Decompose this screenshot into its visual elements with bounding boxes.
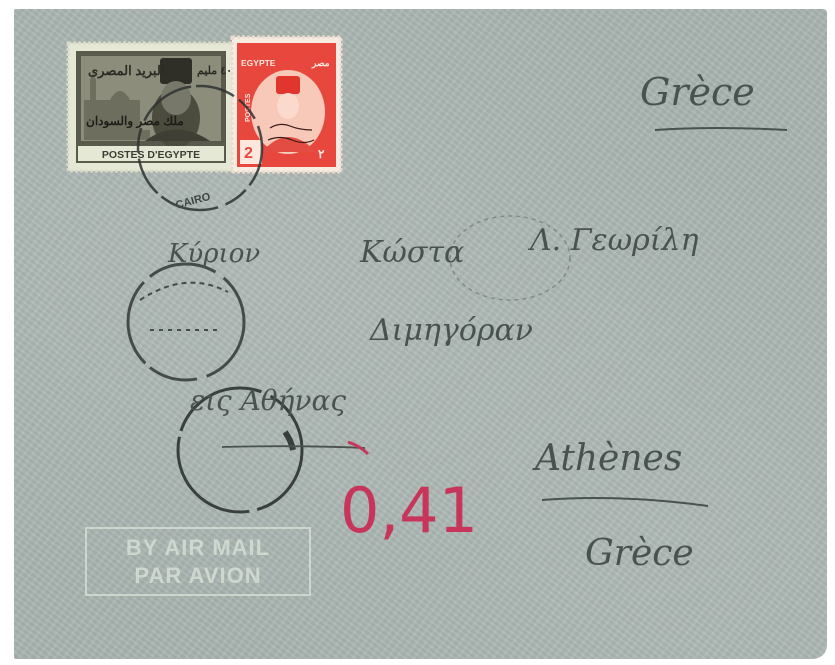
address-surname: Λ. Γεωρίλη [527, 223, 699, 258]
address-first-name: Κώστα [359, 235, 464, 270]
postage-due-value: 0,41 [340, 474, 478, 547]
red-stamp-value: 2 [244, 145, 253, 162]
address-line3: εις Αθήνας [190, 384, 346, 417]
olive-stamp-arabic: البريد المصرى [88, 63, 164, 79]
country-top-right: Grèce [640, 70, 755, 114]
address-city: Athènes [532, 438, 682, 479]
red-stamp-arabic: مصر [311, 58, 330, 69]
airmail-line1: BY AIR MAIL [126, 534, 270, 562]
red-stamp-country: EGYPTE [241, 58, 276, 68]
address-country: Grèce [585, 533, 694, 574]
red-stamp: EGYPTE مصر POSTES 2 ٢ [232, 37, 341, 172]
olive-stamp-overprint: ملك مصر والسودان [86, 114, 184, 129]
olive-stamp-value: ٤٠ مليم [197, 65, 232, 77]
olive-stamp: البريد المصرى ٤٠ مليم ملك مصر والسودان P… [68, 43, 234, 171]
airmail-label: BY AIR MAIL PAR AVION [85, 527, 311, 596]
address-line2: Διμηγόραν [369, 313, 533, 348]
olive-stamp-caption: POSTES D'EGYPTE [102, 149, 200, 161]
postage-due-mark: 0,41 [340, 442, 478, 547]
red-stamp-value-arabic: ٢ [318, 147, 325, 161]
transit-postmark [128, 264, 244, 380]
airmail-line2: PAR AVION [134, 562, 261, 590]
address-prefix: Κύριον [167, 239, 260, 269]
